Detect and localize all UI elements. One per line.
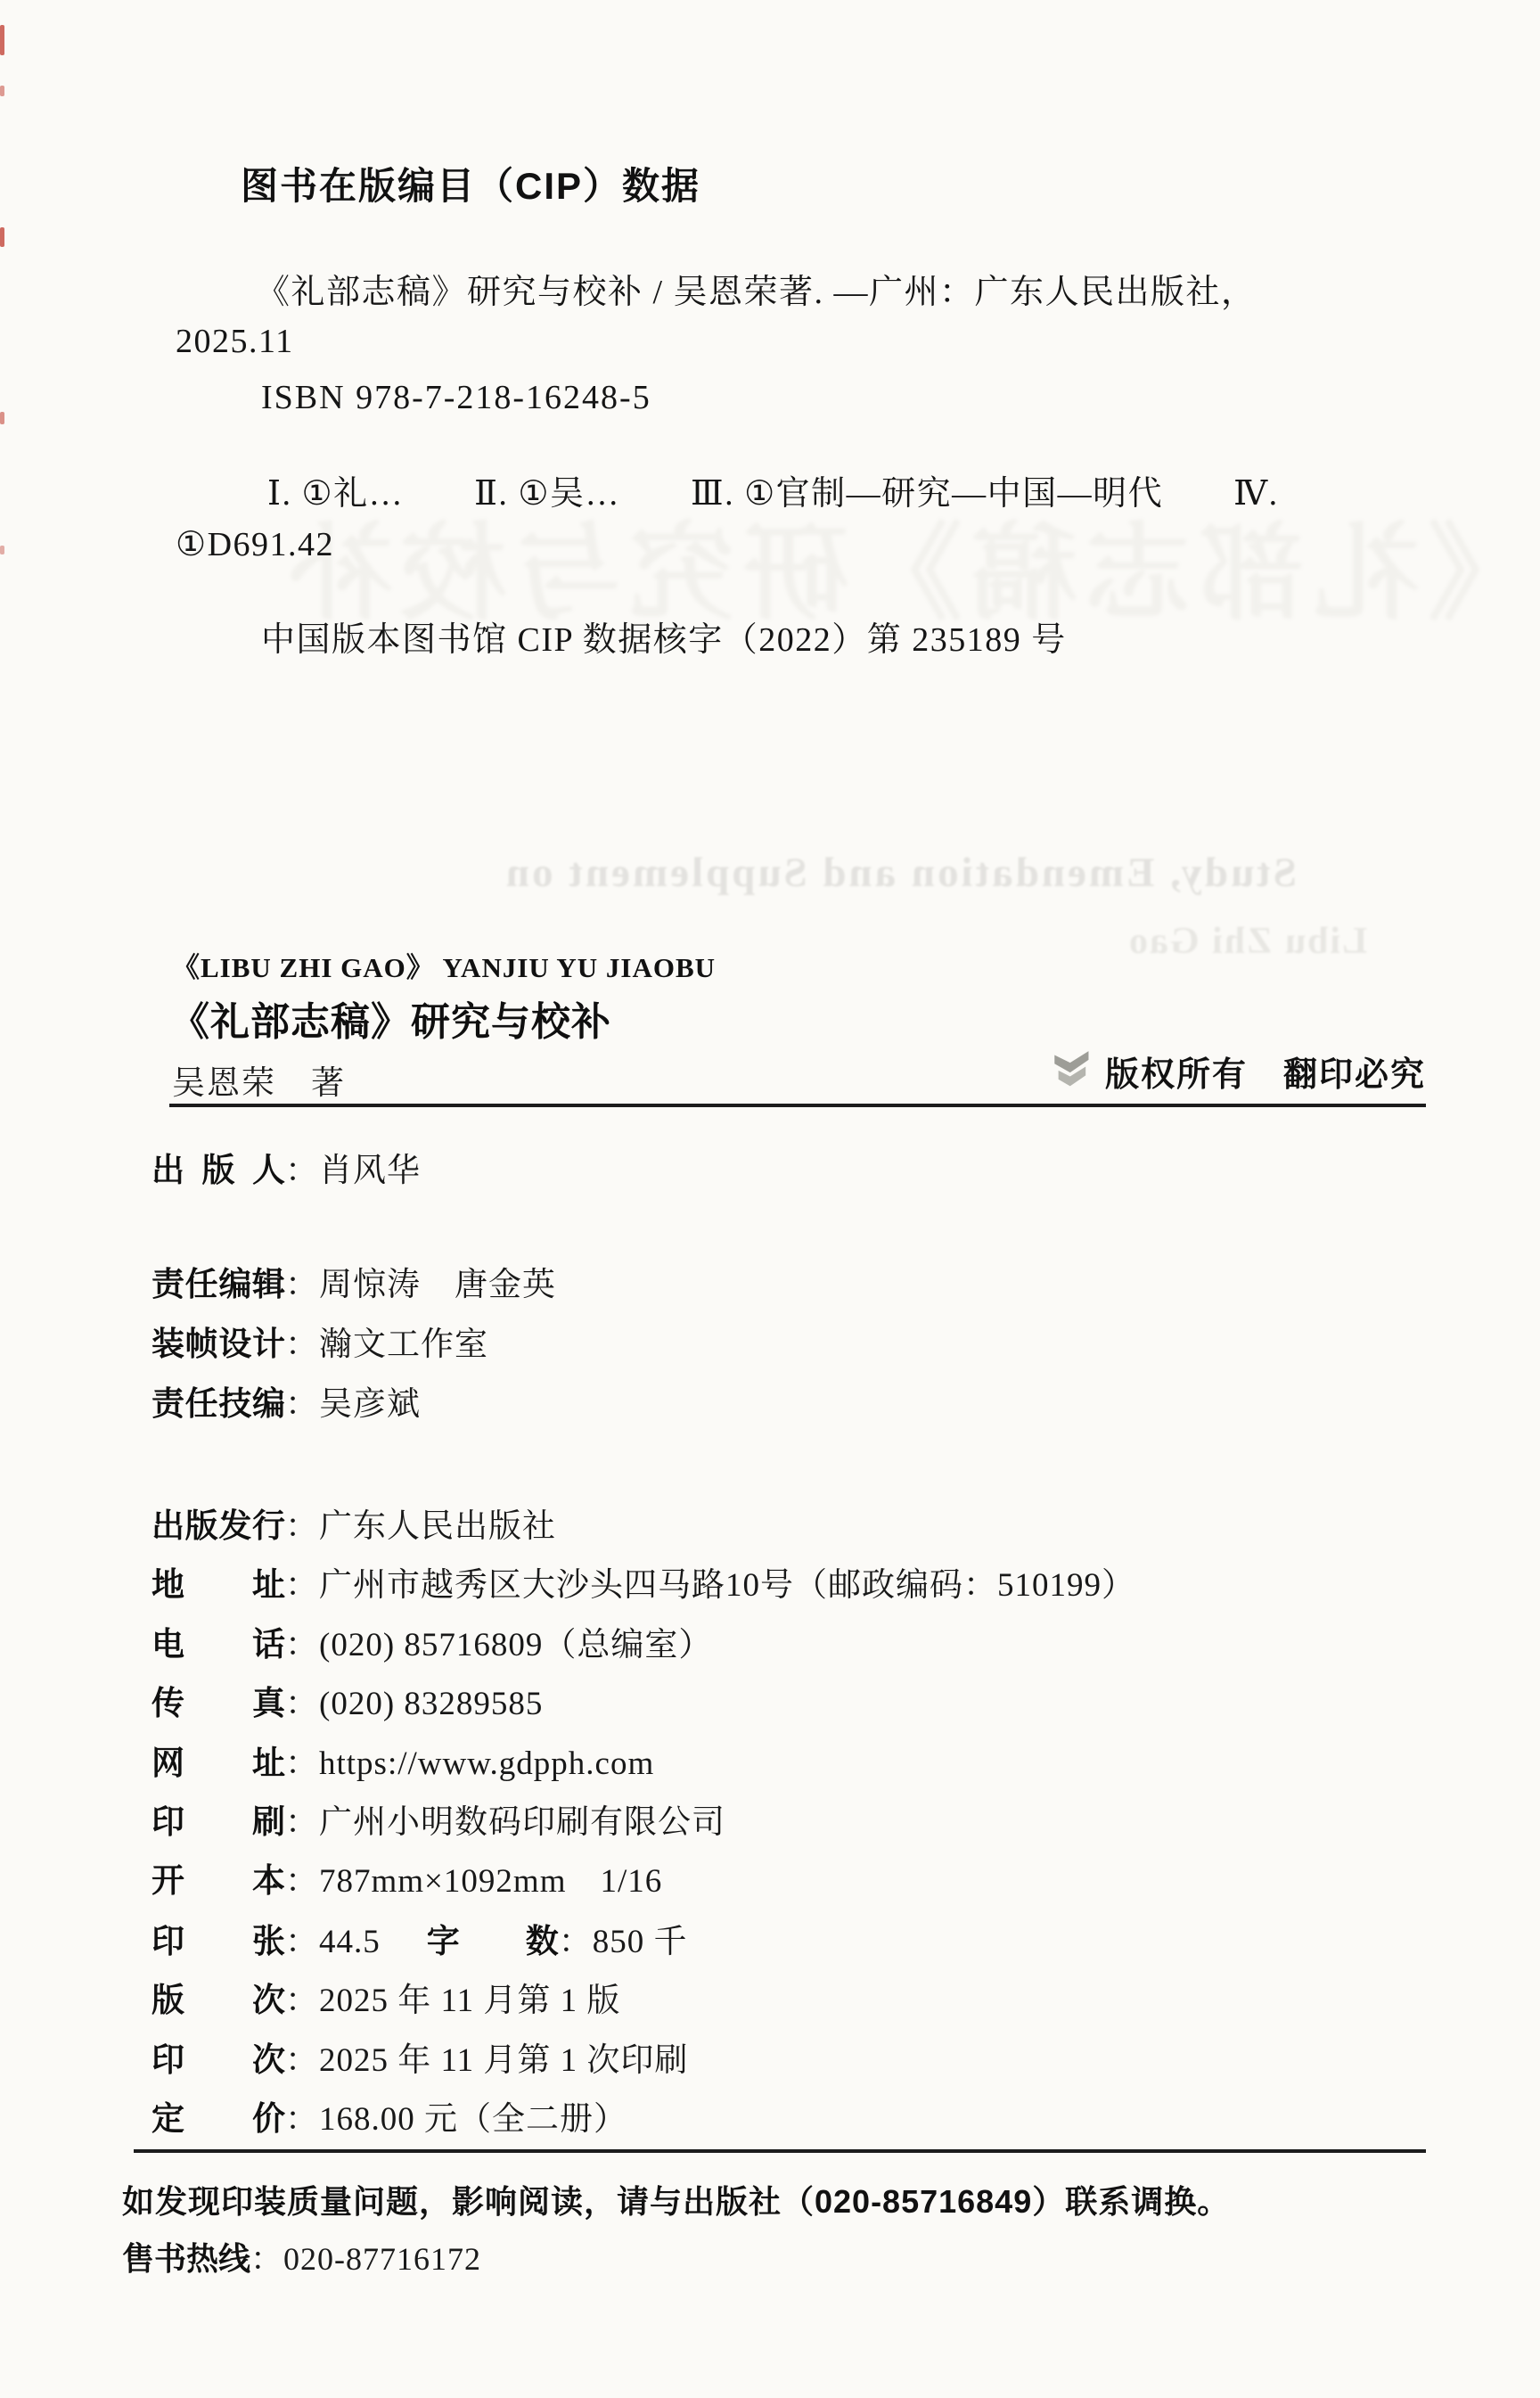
book-title: 《礼部志稿》研究与校补 [170,990,611,1047]
info-row-printer: 印刷：广州小明数码印刷有限公司 [152,1794,725,1843]
info-value: ：广州市越秀区大沙头四马路10号（邮政编码：510199） [285,1567,1135,1604]
scan-artifact [0,86,4,96]
divider-rule-top [169,1104,1426,1107]
info-value: ：787mm×1092mm 1/16 [285,1863,662,1900]
info-row-price: 定价：168.00 元（全二册） [152,2091,627,2139]
info-value: ：广东人民出版社 [285,1508,556,1545]
info-label: 版次 [152,1973,285,2021]
info-row-telephone: 电话：(020) 85716809（总编室） [152,1617,712,1665]
info-row-website: 网址：https://www.gdpph.com [152,1736,654,1784]
scan-artifact [0,25,4,55]
info-label: 装帧设计 [152,1317,285,1365]
info-value: ：44.5 [285,1924,381,1960]
cip-heading: 图书在版编目（CIP）数据 [241,157,700,210]
info-label: 地址 [152,1557,285,1606]
info-value: ：瀚文工作室 [285,1326,488,1363]
info-row-technical-editor: 责任技编：吴彦斌 [152,1376,421,1425]
info-row-publisher: 出版发行：广东人民出版社 [152,1499,556,1547]
cip-description-line: 《礼部志稿》研究与校补 / 吴恩荣著. —广州：广东人民出版社， [256,264,1257,313]
info-value: ：周惊涛 唐金英 [285,1267,556,1303]
info-value: ：168.00 元（全二册） [285,2101,627,2138]
cip-isbn-line: ISBN 978-7-218-16248-5 [261,378,651,417]
info-label: 开本 [152,1853,285,1901]
info-label: 网址 [152,1736,285,1784]
info-label: 责任技编 [152,1376,285,1425]
info-label: 传真 [152,1676,285,1724]
info-row-sheets-wordcount: 印张：44.5字 数：850 千 [152,1914,688,1962]
book-author: 吴恩荣 著 [172,1055,346,1104]
info-row-publisher-person: 出版人：肖风华 [152,1143,421,1191]
info-value: ：2025 年 11 月第 1 版 [285,1983,620,2019]
info-label: 责任编辑 [152,1257,285,1305]
cip-classification-line: Ⅰ. ①礼… Ⅱ. ①吴… Ⅲ. ①官制—研究—中国—明代 Ⅳ. [267,465,1279,514]
cip-year-line: 2025.11 [176,322,294,361]
info-label: 定价 [152,2091,285,2139]
info-value: ：2025 年 11 月第 1 次印刷 [285,2042,688,2079]
scan-artifact [0,412,4,424]
book-copyright-page: { "cip": { "heading": "图书在版编目（CIP）数据", "… [0,0,1540,2398]
info-label: 印张 [152,1914,285,1962]
ghost-showthrough-title-en: Libu Zhi Gao [1127,920,1367,963]
info-value: ：吴彦斌 [285,1386,421,1423]
info-row-address: 地址：广州市越秀区大沙头四马路10号（邮政编码：510199） [152,1557,1135,1606]
info-label: 印次 [152,2033,285,2081]
quality-notice: 如发现印装质量问题，影响阅读，请与出版社（020-85716849）联系调换。 [122,2177,1230,2222]
info-value-wordcount: ：850 千 [559,1924,688,1960]
ghost-showthrough-subtitle-en: Study, Emendation and Supplement on [504,849,1297,897]
info-label: 出版发行 [152,1499,285,1547]
info-value: ：(020) 85716809（总编室） [285,1627,712,1663]
info-value: ：广州小明数码印刷有限公司 [285,1804,725,1841]
info-label-wordcount: 字 数 [427,1914,559,1962]
copyright-notice-text: 版权所有 翻印必究 [1105,1047,1426,1096]
info-label: 印刷 [152,1794,285,1843]
scanned-page: 《礼部志稿》研究与校补 Study, Emendation and Supple… [0,0,1540,2398]
divider-rule-bottom [134,2149,1426,2153]
copyright-notice: 版权所有 翻印必究 [1053,1047,1426,1096]
info-label: 出版人 [152,1143,285,1191]
info-value: ：(020) 83289585 [285,1686,543,1722]
info-value: ：肖风华 [285,1153,421,1189]
info-row-editor: 责任编辑：周惊涛 唐金英 [152,1257,556,1305]
sales-hotline: 售书热线：020-87716172 [122,2234,481,2279]
info-label: 电话 [152,1617,285,1665]
scan-artifact [0,546,4,554]
sales-hotline-number: ：020-87716172 [250,2241,481,2277]
info-value: ：https://www.gdpph.com [285,1745,654,1782]
scan-artifact [0,227,4,247]
info-row-edition: 版次：2025 年 11 月第 1 版 [152,1973,620,2021]
publisher-logo-icon [1053,1050,1093,1093]
cip-class-number-line: ①D691.42 [176,524,334,564]
info-row-designer: 装帧设计：瀚文工作室 [152,1317,488,1365]
sales-hotline-label: 售书热线 [122,2240,250,2277]
info-row-format: 开本：787mm×1092mm 1/16 [152,1853,662,1901]
info-row-impression: 印次：2025 年 11 月第 1 次印刷 [152,2033,688,2081]
book-title-pinyin: 《LIBU ZHI GAO》 YANJIU YU JIAOBU [172,945,716,985]
cip-record-number-line: 中国版本图书馆 CIP 数据核字（2022）第 235189 号 [261,612,1067,661]
info-row-fax: 传真：(020) 83289585 [152,1676,543,1724]
